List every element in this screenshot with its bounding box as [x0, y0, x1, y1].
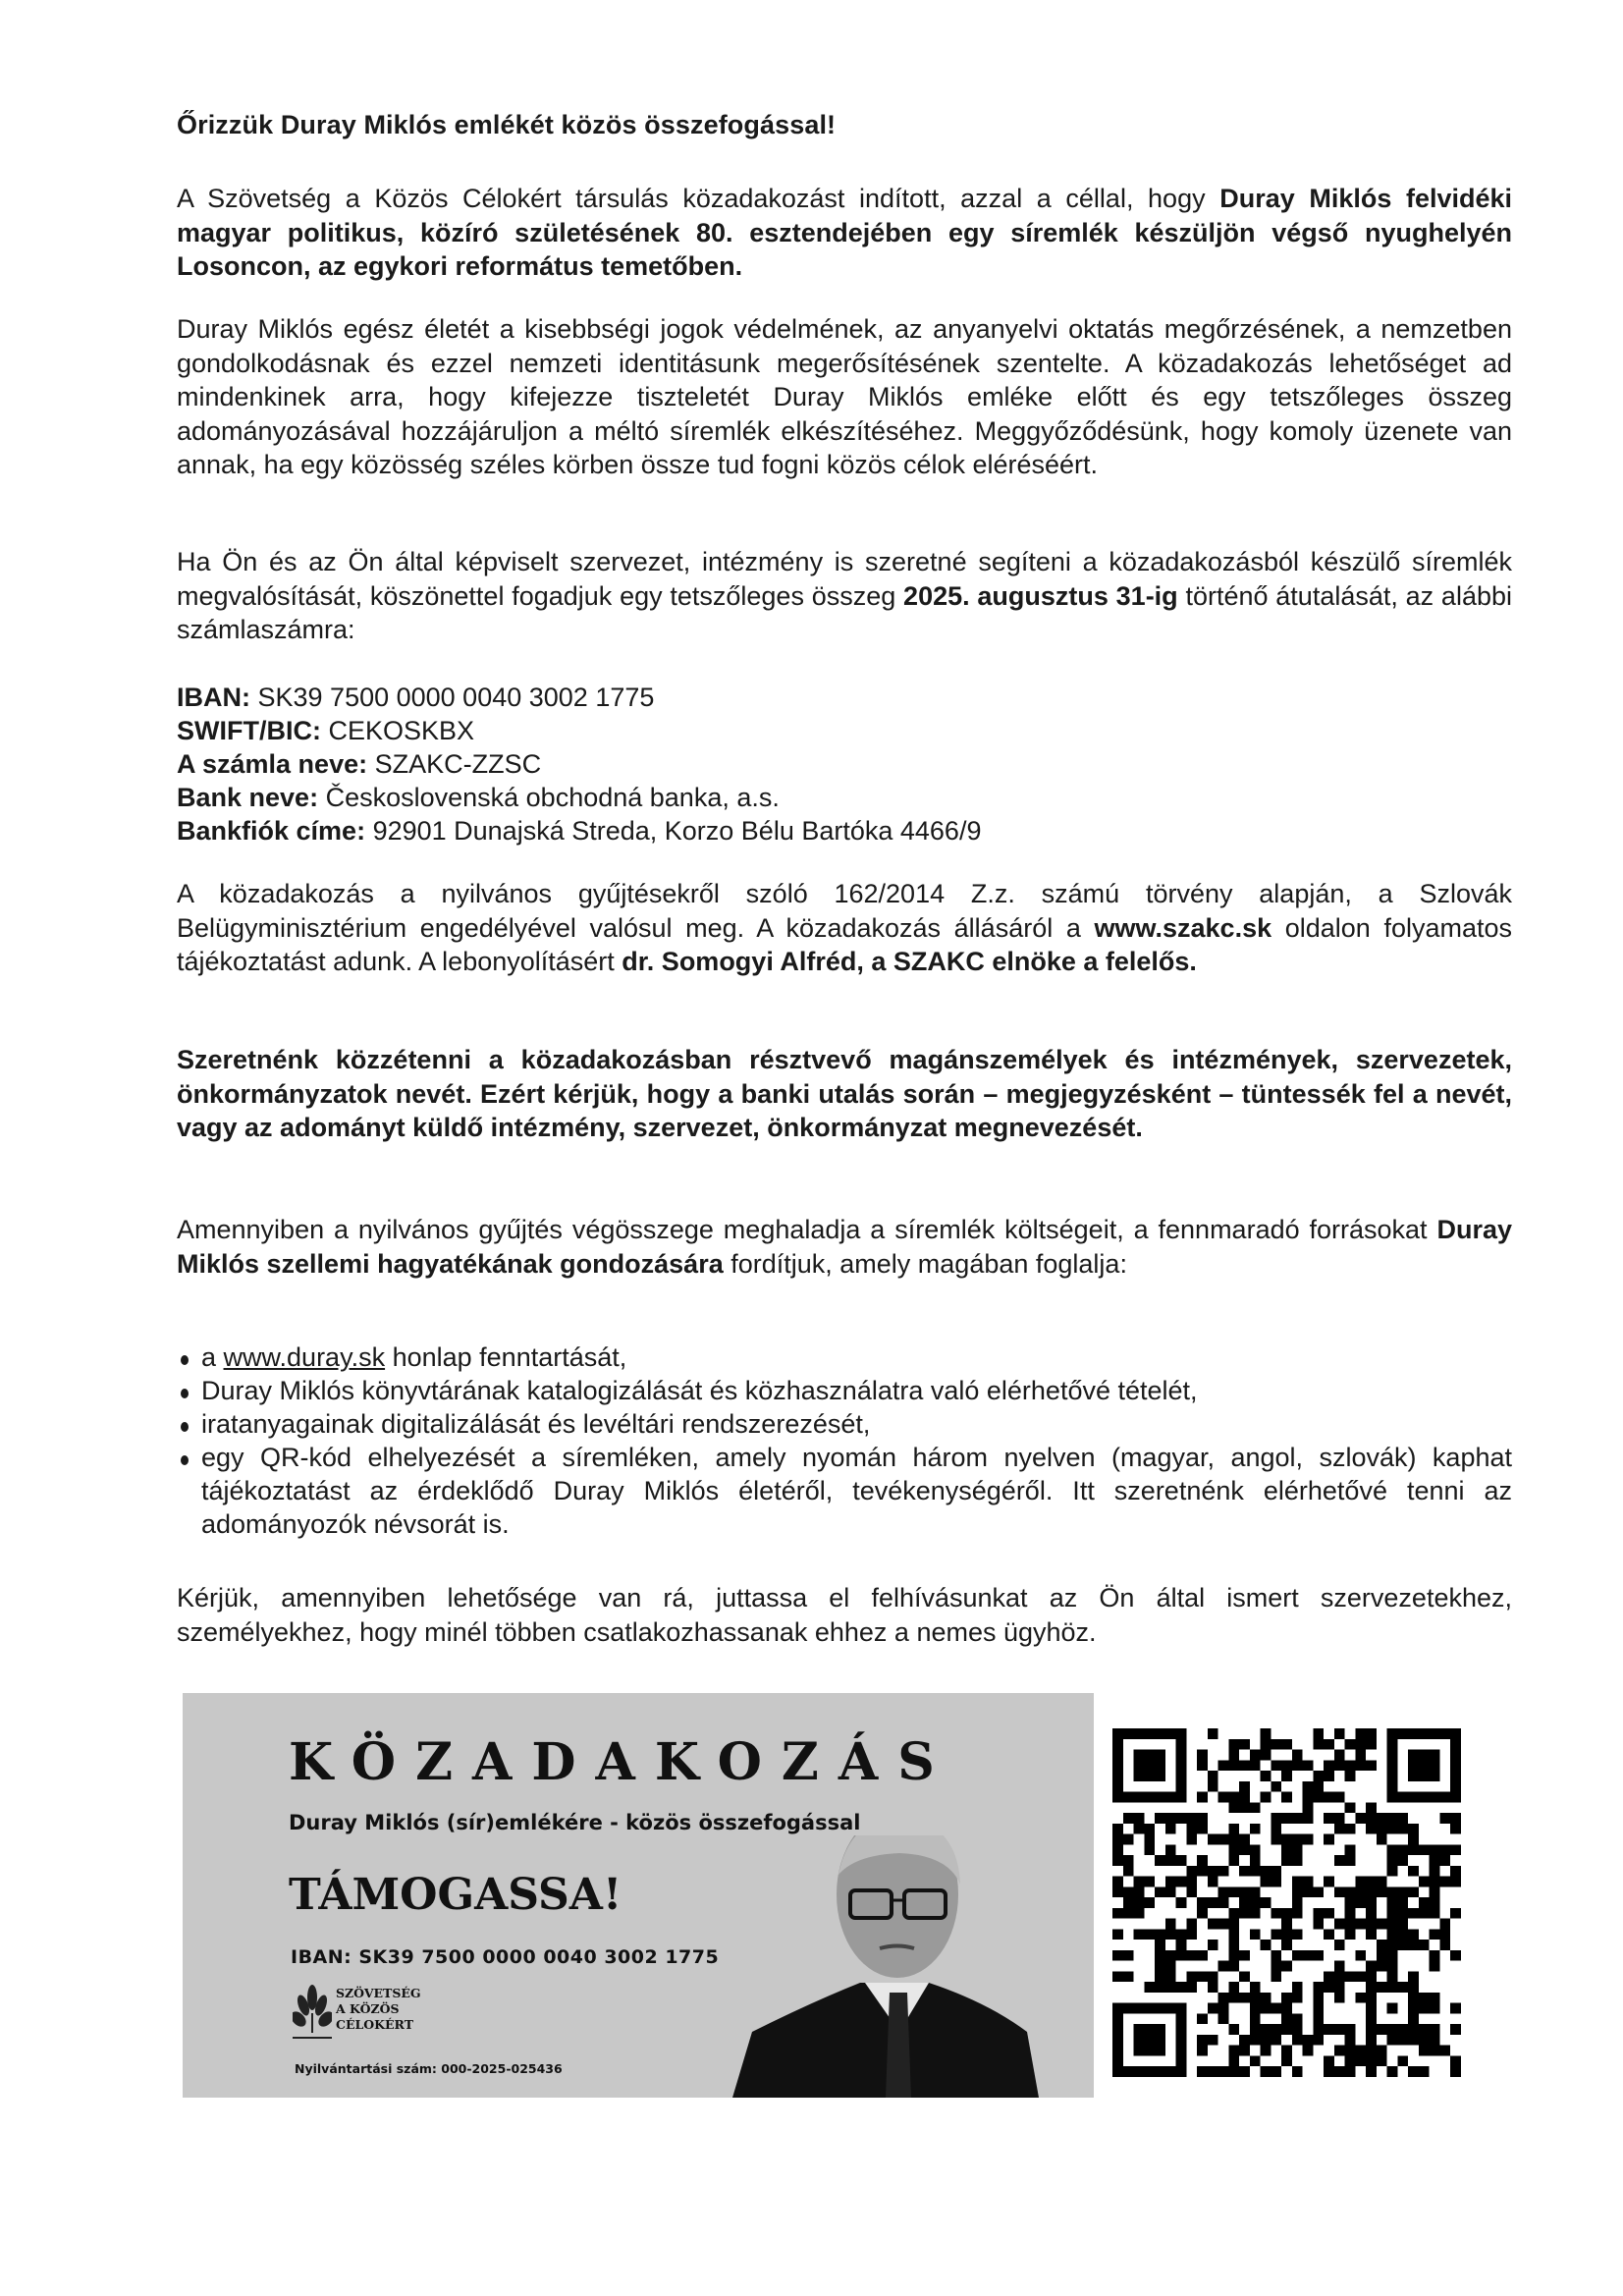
closing-paragraph: Kérjük, amennyiben lehetősége van rá, ju…	[177, 1581, 1512, 1649]
intro-paragraph: A Szövetség a Közös Célokért társulás kö…	[177, 182, 1512, 284]
surplus-tail: fordítjuk, amely magában foglalja:	[724, 1249, 1127, 1279]
legal-paragraph: A közadakozás a nyilvános gyűjtésekről s…	[177, 877, 1512, 979]
list-item: iratanyagainak digitalizálását és levélt…	[177, 1407, 1512, 1441]
fundraising-banner: KÖZADAKOZÁS Duray Miklós (sír)emlékére -…	[183, 1693, 1094, 2098]
bank-label: A számla neve:	[177, 749, 367, 779]
banner-call-to-action: TÁMOGASSA!	[289, 1870, 622, 1920]
bank-details: IBAN: SK39 7500 0000 0040 3002 1775 SWIF…	[177, 681, 981, 847]
list-item-text: Duray Miklós könyvtárának katalogizálásá…	[201, 1376, 1198, 1405]
list-item-text: a	[201, 1342, 224, 1372]
bank-row-branch-address: Bankfiók címe: 92901 Dunajská Streda, Ko…	[177, 814, 981, 847]
website-link[interactable]: www.szakc.sk	[1095, 913, 1272, 943]
banner-subtitle: Duray Miklós (sír)emlékére - közös össze…	[289, 1811, 860, 1834]
org-line: A KÖZÖS	[336, 2001, 421, 2017]
duray-website-link[interactable]: www.duray.sk	[224, 1342, 386, 1372]
surplus-paragraph: Amennyiben a nyilvános gyűjtés végösszeg…	[177, 1213, 1512, 1281]
organization-name: SZÖVETSÉG A KÖZÖS CÉLOKÉRT	[336, 1986, 421, 2033]
surplus-text: Amennyiben a nyilvános gyűjtés végösszeg…	[177, 1215, 1436, 1244]
bank-row-swift: SWIFT/BIC: CEKOSKBX	[177, 714, 981, 747]
list-item-text: honlap fenntartását,	[385, 1342, 626, 1372]
qr-code-icon[interactable]	[1112, 1728, 1461, 2077]
banner-iban: IBAN: SK39 7500 0000 0040 3002 1775	[291, 1946, 719, 1968]
names-request-text: Szeretnénk közzétenni a közadakozásban r…	[177, 1045, 1512, 1142]
surplus-uses-list: a www.duray.sk honlap fenntartását, Dura…	[177, 1340, 1512, 1541]
bank-row-account-name: A számla neve: SZAKC-ZZSC	[177, 747, 981, 781]
intro-text: A Szövetség a Közös Célokért társulás kö…	[177, 184, 1219, 213]
list-item: egy QR-kód elhelyezését a síremléken, am…	[177, 1441, 1512, 1541]
org-line: SZÖVETSÉG	[336, 1986, 421, 2001]
leaf-logo-icon	[293, 1984, 332, 2043]
bank-row-bank-name: Bank neve: Československá obchodná banka…	[177, 781, 981, 814]
banner-headline: KÖZADAKOZÁS	[289, 1732, 954, 1792]
bank-row-iban: IBAN: SK39 7500 0000 0040 3002 1775	[177, 681, 981, 714]
bank-value: SZAKC-ZZSC	[367, 749, 541, 779]
bank-value: CEKOSKBX	[321, 716, 474, 745]
bank-label: SWIFT/BIC:	[177, 716, 321, 745]
bank-value: SK39 7500 0000 0040 3002 1775	[250, 683, 654, 712]
bank-label: IBAN:	[177, 683, 250, 712]
list-item-text: iratanyagainak digitalizálását és levélt…	[201, 1409, 870, 1439]
bank-label: Bank neve:	[177, 783, 318, 812]
organization-logo: SZÖVETSÉG A KÖZÖS CÉLOKÉRT	[293, 1984, 548, 2052]
portrait-photo	[732, 1835, 1056, 2098]
deadline: 2025. augusztus 31-ig	[903, 581, 1178, 611]
registration-number: Nyilvántartási szám: 000-2025-025436	[295, 2061, 563, 2076]
org-line: CÉLOKÉRT	[336, 2017, 421, 2033]
list-item: a www.duray.sk honlap fenntartását,	[177, 1340, 1512, 1374]
bank-value: Československá obchodná banka, a.s.	[318, 783, 780, 812]
list-item: Duray Miklós könyvtárának katalogizálásá…	[177, 1374, 1512, 1407]
names-request-paragraph: Szeretnénk közzétenni a közadakozásban r…	[177, 1043, 1512, 1145]
biography-paragraph: Duray Miklós egész életét a kisebbségi j…	[177, 312, 1512, 482]
list-item-text: egy QR-kód elhelyezését a síremléken, am…	[201, 1443, 1512, 1539]
bank-label: Bankfiók címe:	[177, 816, 365, 846]
donation-request-paragraph: Ha Ön és az Ön által képviselt szervezet…	[177, 545, 1512, 647]
bank-value: 92901 Dunajská Streda, Korzo Bélu Bartók…	[365, 816, 981, 846]
responsible-person: dr. Somogyi Alfréd, a SZAKC elnöke a fel…	[622, 947, 1197, 976]
page-title: Őrizzük Duray Miklós emlékét közös össze…	[177, 110, 836, 140]
